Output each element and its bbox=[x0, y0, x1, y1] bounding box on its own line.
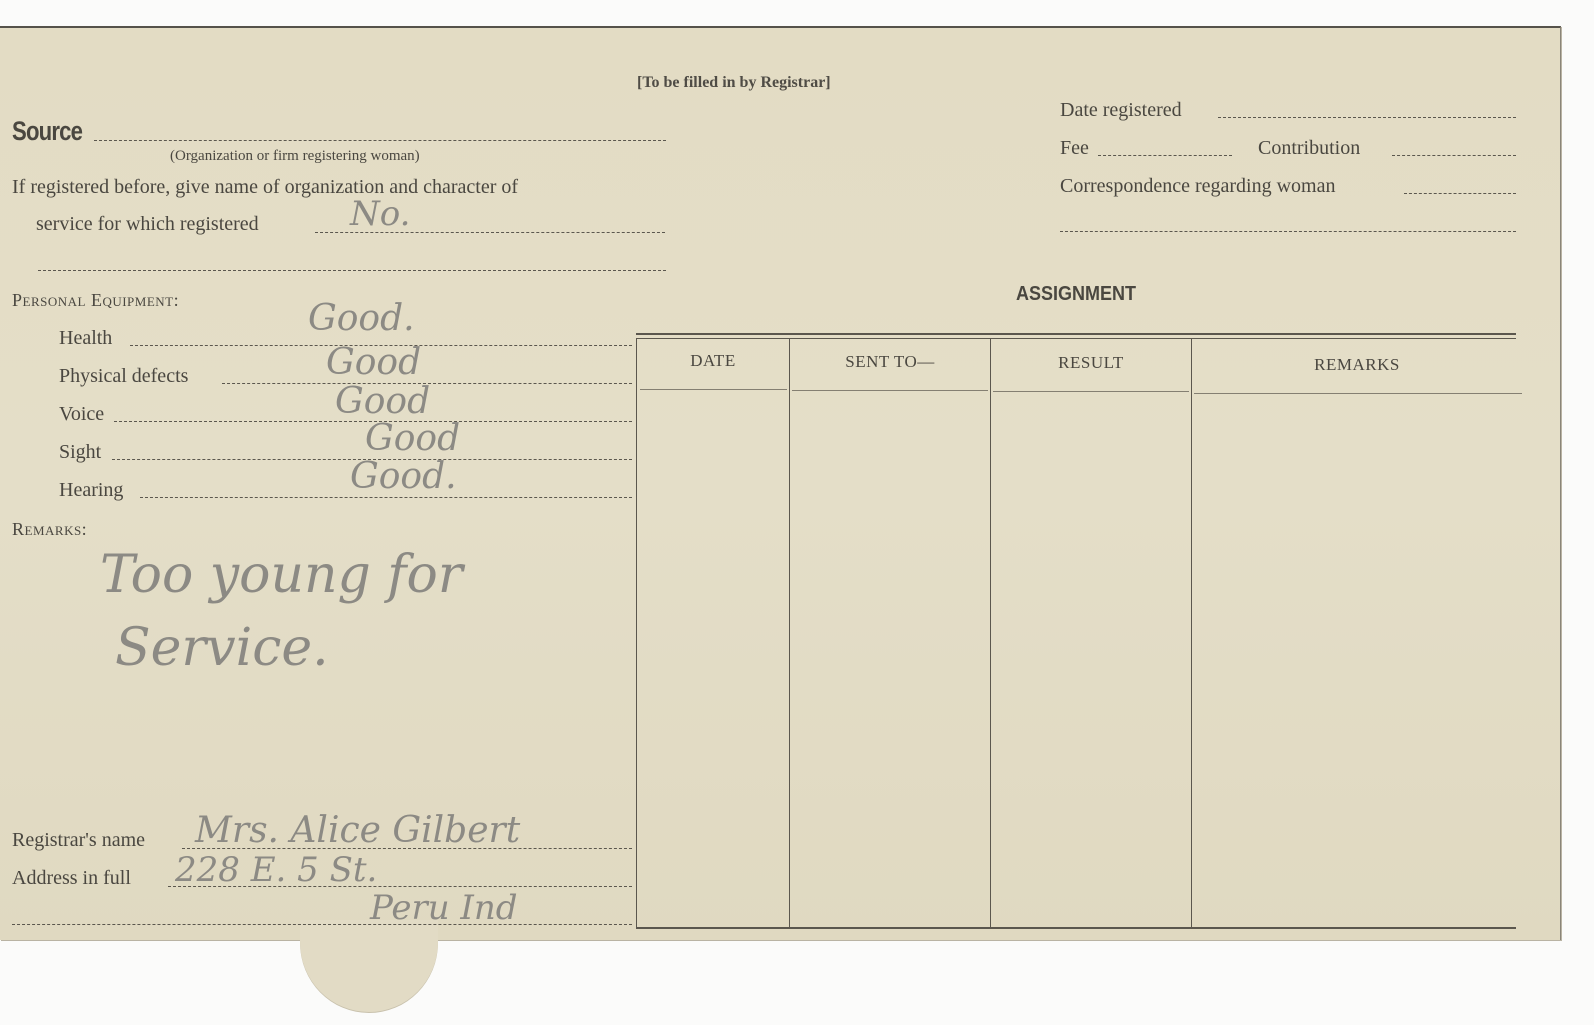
source-caption: (Organization or firm registering woman) bbox=[170, 148, 420, 165]
sight-label: Sight bbox=[59, 441, 101, 464]
assignment-bottom-rule bbox=[636, 927, 1516, 929]
card-index-tab bbox=[300, 920, 438, 1012]
correspondence-field[interactable] bbox=[1404, 193, 1516, 194]
voice-label: Voice bbox=[59, 403, 104, 426]
remarks-heading: Remarks: bbox=[12, 519, 87, 540]
contribution-label: Contribution bbox=[1258, 137, 1360, 160]
hearing-field[interactable] bbox=[140, 497, 632, 498]
prior-registration-field-2[interactable] bbox=[38, 270, 666, 271]
physical-defects-label: Physical defects bbox=[59, 365, 188, 388]
date-registered-field[interactable] bbox=[1218, 117, 1516, 118]
health-value: Good. bbox=[308, 298, 415, 339]
sight-value: Good bbox=[365, 418, 460, 459]
assignment-header-rule-1 bbox=[640, 389, 787, 390]
assignment-col-remarks: REMARKS bbox=[1192, 355, 1522, 375]
assignment-title: ASSIGNMENT bbox=[1016, 283, 1136, 306]
address-line1: 228 E. 5 St. bbox=[175, 850, 377, 890]
date-registered-label: Date registered bbox=[1060, 99, 1182, 122]
assignment-col-sent-to: SENT TO— bbox=[790, 352, 990, 372]
fee-field[interactable] bbox=[1098, 155, 1232, 156]
remarks-line2: Service. bbox=[115, 618, 329, 678]
prior-registration-value: No. bbox=[350, 194, 410, 234]
assignment-col-result: RESULT bbox=[991, 353, 1191, 373]
assignment-col-divider-2 bbox=[990, 339, 991, 927]
fee-label: Fee bbox=[1060, 137, 1089, 160]
assignment-left-border bbox=[636, 339, 637, 929]
assignment-header-rule-4 bbox=[1194, 393, 1522, 394]
remarks-line1: Too young for bbox=[100, 545, 463, 605]
prior-registration-label-line2: service for which registered bbox=[36, 213, 259, 236]
personal-equipment-heading: Personal Equipment: bbox=[12, 290, 179, 311]
assignment-col-divider-3 bbox=[1191, 339, 1192, 927]
source-label: Source bbox=[12, 116, 82, 147]
registrar-name-label: Registrar's name bbox=[12, 829, 145, 852]
voice-value: Good bbox=[335, 381, 430, 422]
registrar-name-value: Mrs. Alice Gilbert bbox=[195, 810, 520, 851]
physical-defects-value: Good bbox=[326, 342, 421, 383]
contribution-field[interactable] bbox=[1392, 155, 1516, 156]
assignment-top-rule bbox=[636, 333, 1516, 335]
hearing-label: Hearing bbox=[59, 479, 123, 502]
assignment-col-divider-1 bbox=[789, 339, 790, 927]
health-label: Health bbox=[59, 327, 112, 350]
address-label: Address in full bbox=[12, 867, 131, 890]
prior-registration-label-line1: If registered before, give name of organ… bbox=[12, 176, 518, 199]
registrar-note: [To be filled in by Registrar] bbox=[637, 74, 831, 92]
correspondence-field-2[interactable] bbox=[1060, 231, 1516, 232]
assignment-top-rule-2 bbox=[636, 338, 1516, 339]
address-field-2[interactable] bbox=[12, 924, 632, 925]
assignment-col-date: DATE bbox=[637, 351, 789, 371]
correspondence-label: Correspondence regarding woman bbox=[1060, 175, 1335, 198]
address-line2: Peru Ind bbox=[370, 888, 518, 928]
source-field[interactable] bbox=[94, 140, 666, 141]
assignment-header-rule-3 bbox=[993, 391, 1189, 392]
hearing-value: Good. bbox=[350, 456, 457, 497]
assignment-header-rule-2 bbox=[792, 390, 988, 391]
